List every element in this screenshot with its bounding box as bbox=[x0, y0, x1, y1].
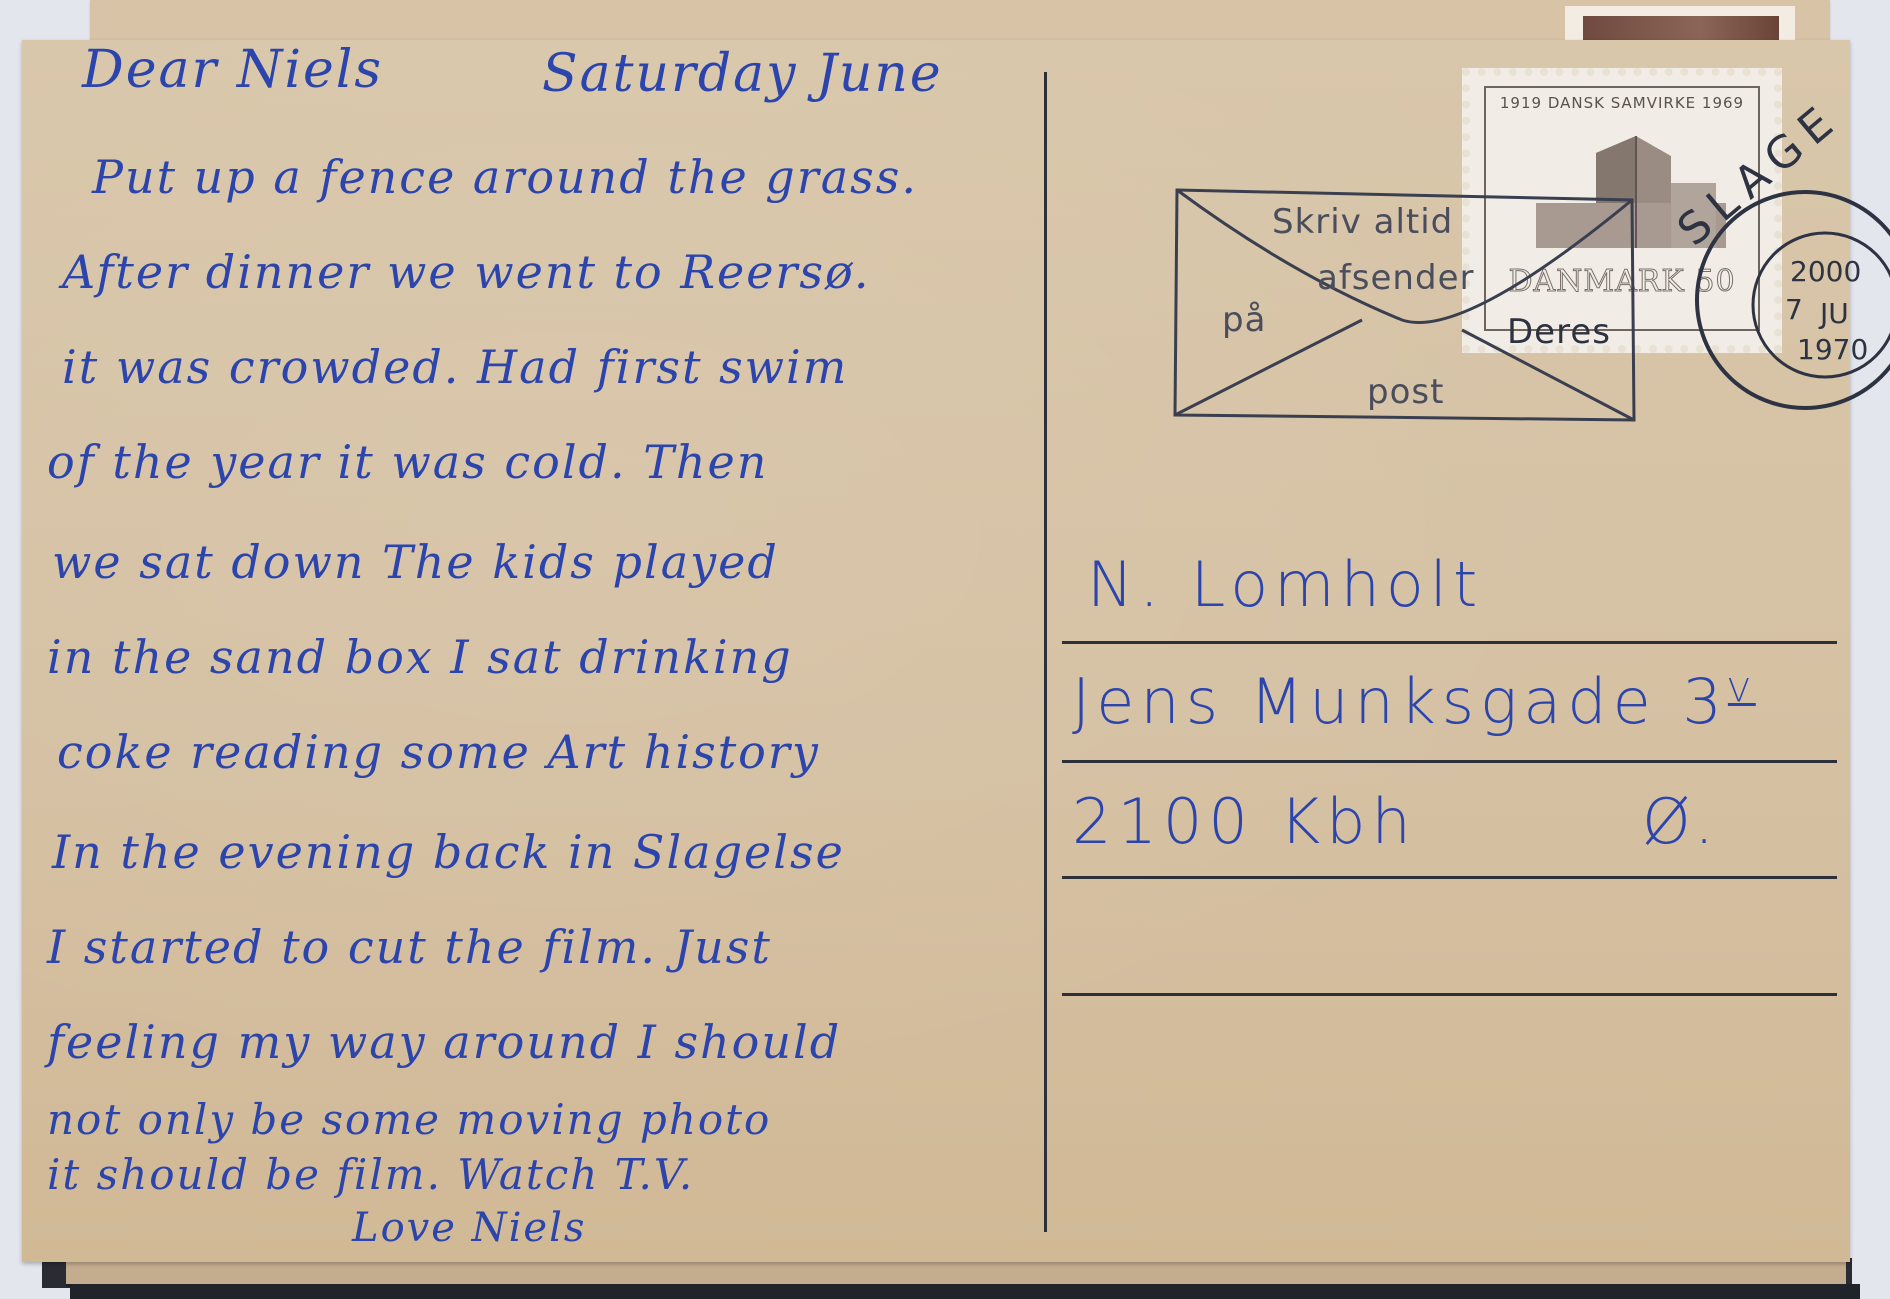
message-line-11: not only be some moving photo bbox=[47, 1095, 771, 1144]
dateline: Saturday June bbox=[542, 44, 943, 104]
card-divider-line bbox=[1044, 72, 1047, 1232]
circular-date-postmark: SLAGE 2000 7 JU 1970 bbox=[1685, 185, 1890, 415]
address-line-1 bbox=[1062, 641, 1837, 644]
address-street: Jens Munksgade 3V bbox=[1072, 665, 1756, 738]
postmark-postcode: 2000 bbox=[1790, 255, 1861, 288]
slogan-line-4: Deres bbox=[1507, 312, 1611, 352]
address-city: 2100 Kbh bbox=[1072, 785, 1417, 858]
greeting: Dear Niels bbox=[82, 40, 383, 100]
message-line-9: I started to cut the film. Just bbox=[47, 920, 772, 974]
address-line-4 bbox=[1062, 993, 1837, 996]
message-line-1: Put up a fence around the grass. bbox=[92, 150, 918, 204]
address-district: Ø. bbox=[1642, 785, 1720, 858]
signature: Love Niels bbox=[352, 1205, 586, 1251]
slogan-line-2: afsender bbox=[1317, 258, 1474, 298]
message-line-2: After dinner we went to Reersø. bbox=[62, 245, 871, 299]
slogan-line-5: post bbox=[1367, 372, 1444, 412]
message-line-12: it should be film. Watch T.V. bbox=[47, 1150, 694, 1199]
message-line-6: in the sand box I sat drinking bbox=[47, 630, 793, 684]
postcard: Dear Niels Saturday June Put up a fence … bbox=[22, 40, 1850, 1262]
message-line-8: In the evening back in Slagelse bbox=[52, 825, 845, 879]
address-line-2 bbox=[1062, 760, 1837, 763]
slogan-line-3: på bbox=[1222, 300, 1266, 340]
postmark-month: JU bbox=[1820, 297, 1849, 330]
message-line-7: coke reading some Art history bbox=[57, 725, 820, 779]
postmark-day: 7 bbox=[1785, 293, 1803, 326]
message-line-3: it was crowded. Had first swim bbox=[62, 340, 848, 394]
stack-base-shadow bbox=[70, 1284, 1860, 1299]
address-name: N. Lomholt bbox=[1087, 548, 1483, 621]
address-line-3 bbox=[1062, 876, 1837, 879]
message-line-4: of the year it was cold. Then bbox=[47, 435, 768, 489]
address-floor: V bbox=[1728, 671, 1756, 709]
stamp-top-text: 1919 DANSK SAMVIRKE 1969 bbox=[1486, 94, 1758, 112]
slogan-postmark: Skriv altid afsender på Deres post bbox=[1172, 180, 1642, 430]
slogan-line-1: Skriv altid bbox=[1272, 202, 1453, 242]
message-line-10: feeling my way around I should bbox=[47, 1015, 841, 1069]
message-line-5: we sat down The kids played bbox=[52, 535, 779, 589]
postmark-year: 1970 bbox=[1797, 333, 1868, 366]
address-street-text: Jens Munksgade 3 bbox=[1072, 665, 1728, 738]
